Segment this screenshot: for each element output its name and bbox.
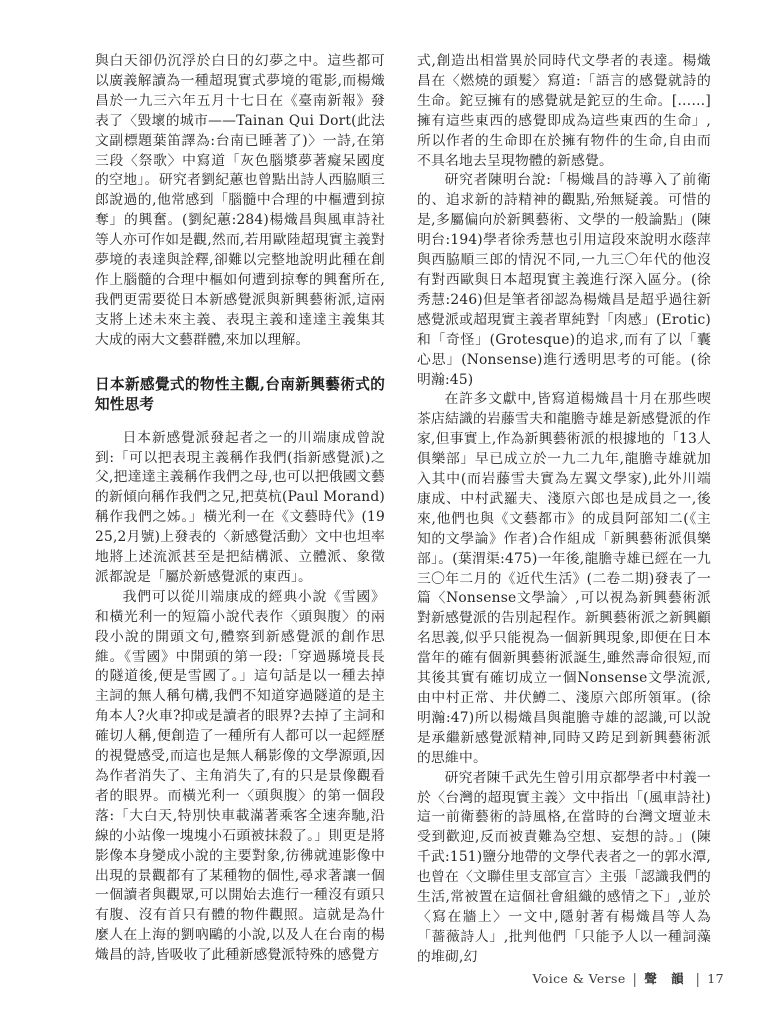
- right-column: 式,創造出相當異於同時代文學者的表達。楊熾昌在〈燃燒的頭髮〉寫道:「語言的感覺就…: [417, 52, 711, 968]
- page-footer: Voice & Verse|聲 韻|17: [533, 971, 724, 987]
- page-number: 17: [707, 971, 724, 986]
- article-body: 與白天卻仍沉浮於白日的幻夢之中。這些都可以廣義解讀為一種超現實式夢境的電影,而楊…: [95, 52, 711, 968]
- paragraph: 研究者陳明台說:「楊熾昌的詩導入了前衛的、追求新的詩精神的觀點,殆無疑義。可惜的…: [417, 171, 711, 390]
- paragraph: 在許多文獻中,皆寫道楊熾昌十月在那些喫茶店結識的岩藤雪夫和龍膽寺雄是新感覺派的作…: [417, 390, 711, 768]
- footer-separator: |: [696, 970, 701, 988]
- journal-page: 與白天卻仍沉浮於白日的幻夢之中。這些都可以廣義解讀為一種超現實式夢境的電影,而楊…: [0, 0, 782, 1023]
- section-heading: 日本新感覺式的物性主觀,台南新興藝術式的知性思考: [95, 375, 385, 416]
- paragraph: 研究者陳千武先生曾引用京都學者中村義一於〈台灣的超現實主義〉文中指出「(風車詩社…: [417, 769, 711, 968]
- journal-name-latin: Voice & Verse: [533, 971, 626, 986]
- paragraph: 我們可以從川端康成的經典小說《雪國》和橫光利一的短篇小說代表作〈頭與腹〉的兩段小…: [95, 588, 385, 966]
- journal-name-cjk: 聲 韻: [644, 971, 688, 986]
- footer-separator: |: [633, 970, 638, 988]
- left-column: 與白天卻仍沉浮於白日的幻夢之中。這些都可以廣義解讀為一種超現實式夢境的電影,而楊…: [95, 52, 385, 968]
- paragraph-continuation: 式,創造出相當異於同時代文學者的表達。楊熾昌在〈燃燒的頭髮〉寫道:「語言的感覺就…: [417, 52, 711, 171]
- paragraph: 日本新感覺派發起者之一的川端康成曾說到:「可以把表現主義稱作我們(指新感覺派)之…: [95, 429, 385, 588]
- paragraph-continuation: 與白天卻仍沉浮於白日的幻夢之中。這些都可以廣義解讀為一種超現實式夢境的電影,而楊…: [95, 52, 385, 351]
